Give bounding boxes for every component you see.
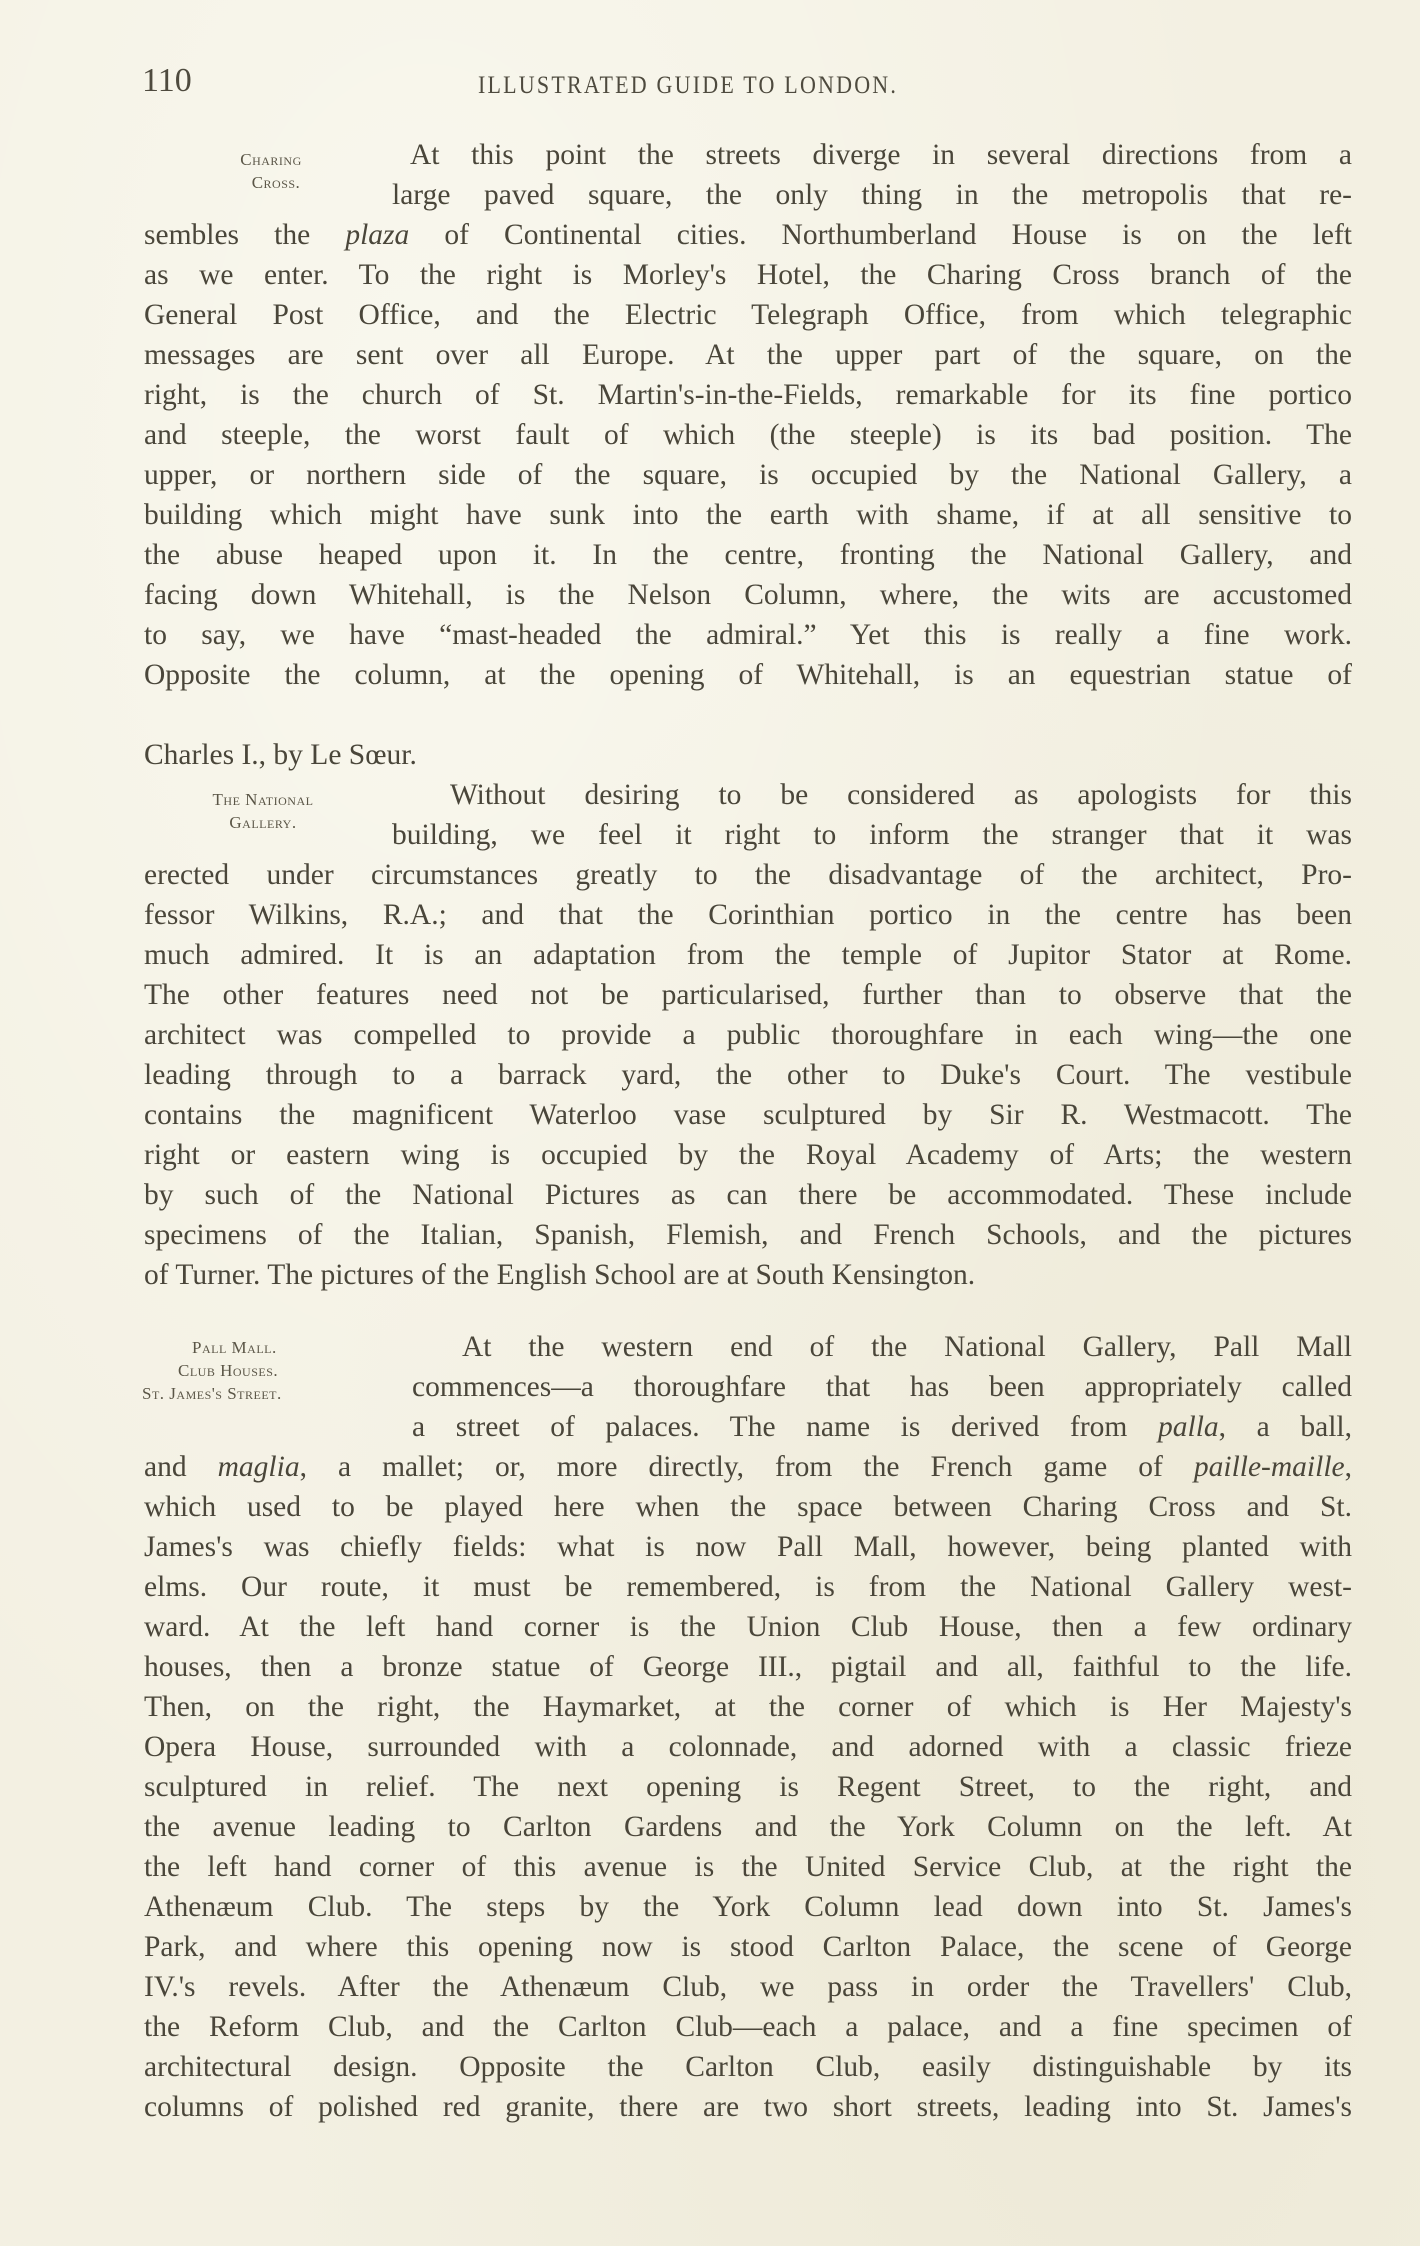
text-line: the avenue leading to Carlton Gardens an… xyxy=(144,1808,1352,1846)
text-line: right, is the church of St. Martin's-in-… xyxy=(144,376,1352,414)
text-line: and maglia, a mallet; or, more directly,… xyxy=(144,1448,1352,1486)
text-line: ward. At the left hand corner is the Uni… xyxy=(144,1608,1352,1646)
text-line: much admired. It is an adaptation from t… xyxy=(144,936,1352,974)
sidenote-pall-mall: Pall Mall. Club Houses. St. James's Stre… xyxy=(140,1336,390,1405)
italic-term: palla xyxy=(1158,1411,1219,1443)
text-line: At this point the streets diverge in sev… xyxy=(410,136,1352,174)
text-line: right or eastern wing is occupied by the… xyxy=(144,1136,1352,1174)
text-line: as we enter. To the right is Morley's Ho… xyxy=(144,256,1352,294)
sidenote-national-gallery: The National Gallery. xyxy=(168,788,358,834)
text-line: The other features need not be particula… xyxy=(144,976,1352,1014)
sidenote-line: Cross. xyxy=(206,171,336,194)
text-line: Without desiring to be considered as apo… xyxy=(450,776,1352,814)
sidenote-line: Charing xyxy=(206,148,336,171)
text-line: sculptured in relief. The next opening i… xyxy=(144,1768,1352,1806)
text-line: and steeple, the worst fault of which (t… xyxy=(144,416,1352,454)
text-line: General Post Office, and the Electric Te… xyxy=(144,296,1352,334)
text-line: architect was compelled to provide a pub… xyxy=(144,1016,1352,1054)
running-title: ILLUSTRATED GUIDE TO LONDON. xyxy=(478,70,898,100)
text-line: the left hand corner of this avenue is t… xyxy=(144,1848,1352,1886)
text-line: architectural design. Opposite the Carlt… xyxy=(144,2048,1352,2086)
sidenote-line: St. James's Street. xyxy=(140,1382,390,1405)
text-line: Athenæum Club. The steps by the York Col… xyxy=(144,1888,1352,1926)
text-line: building, we feel it right to inform the… xyxy=(392,816,1352,854)
sidenote-line: The National xyxy=(168,788,358,811)
text-line: erected under circumstances greatly to t… xyxy=(144,856,1352,894)
text-line: houses, then a bronze statue of George I… xyxy=(144,1648,1352,1686)
italic-term: maglia xyxy=(218,1451,300,1483)
sidenote-line: Club Houses. xyxy=(140,1359,390,1382)
italic-term: paille-maille xyxy=(1194,1451,1345,1483)
text-line: commences—a thoroughfare that has been a… xyxy=(412,1368,1352,1406)
text-line: IV.'s revels. After the Athenæum Club, w… xyxy=(144,1968,1352,2006)
book-page: 110 ILLUSTRATED GUIDE TO LONDON. Charing… xyxy=(0,0,1420,2246)
text-line: Park, and where this opening now is stoo… xyxy=(144,1928,1352,1966)
text-line: contains the magnificent Waterloo vase s… xyxy=(144,1096,1352,1134)
sidenote-charing-cross: Charing Cross. xyxy=(206,148,336,194)
page-number: 110 xyxy=(142,62,192,100)
text-line: sembles the plaza of Continental cities.… xyxy=(144,216,1352,254)
text-line: fessor Wilkins, R.A.; and that the Corin… xyxy=(144,896,1352,934)
text-line: specimens of the Italian, Spanish, Flemi… xyxy=(144,1216,1352,1254)
text-line: Charles I., by Le Sœur. xyxy=(144,736,1352,774)
sidenote-line: Pall Mall. xyxy=(140,1336,390,1359)
text-line: the Reform Club, and the Carlton Club—ea… xyxy=(144,2008,1352,2046)
text-line: Opera House, surrounded with a colonnade… xyxy=(144,1728,1352,1766)
sidenote-line: Gallery. xyxy=(168,811,358,834)
text-line: of Turner. The pictures of the English S… xyxy=(144,1256,1352,1294)
text-line: Then, on the right, the Haymarket, at th… xyxy=(144,1688,1352,1726)
text-line: by such of the National Pictures as can … xyxy=(144,1176,1352,1214)
text-line: Opposite the column, at the opening of W… xyxy=(144,656,1352,694)
text-line: messages are sent over all Europe. At th… xyxy=(144,336,1352,374)
text-line: columns of polished red granite, there a… xyxy=(144,2088,1352,2126)
text-line: upper, or northern side of the square, i… xyxy=(144,456,1352,494)
text-line: the abuse heaped upon it. In the centre,… xyxy=(144,536,1352,574)
text-line: elms. Our route, it must be remembered, … xyxy=(144,1568,1352,1606)
text-line: James's was chiefly fields: what is now … xyxy=(144,1528,1352,1566)
text-line: leading through to a barrack yard, the o… xyxy=(144,1056,1352,1094)
text-line: to say, we have “mast-headed the admiral… xyxy=(144,616,1352,654)
text-line: At the western end of the National Galle… xyxy=(462,1328,1352,1366)
text-line: building which might have sunk into the … xyxy=(144,496,1352,534)
italic-term: plaza xyxy=(345,219,409,251)
text-line: which used to be played here when the sp… xyxy=(144,1488,1352,1526)
text-line: facing down Whitehall, is the Nelson Col… xyxy=(144,576,1352,614)
text-line: a street of palaces. The name is derived… xyxy=(412,1408,1352,1446)
text-line: large paved square, the only thing in th… xyxy=(392,176,1352,214)
